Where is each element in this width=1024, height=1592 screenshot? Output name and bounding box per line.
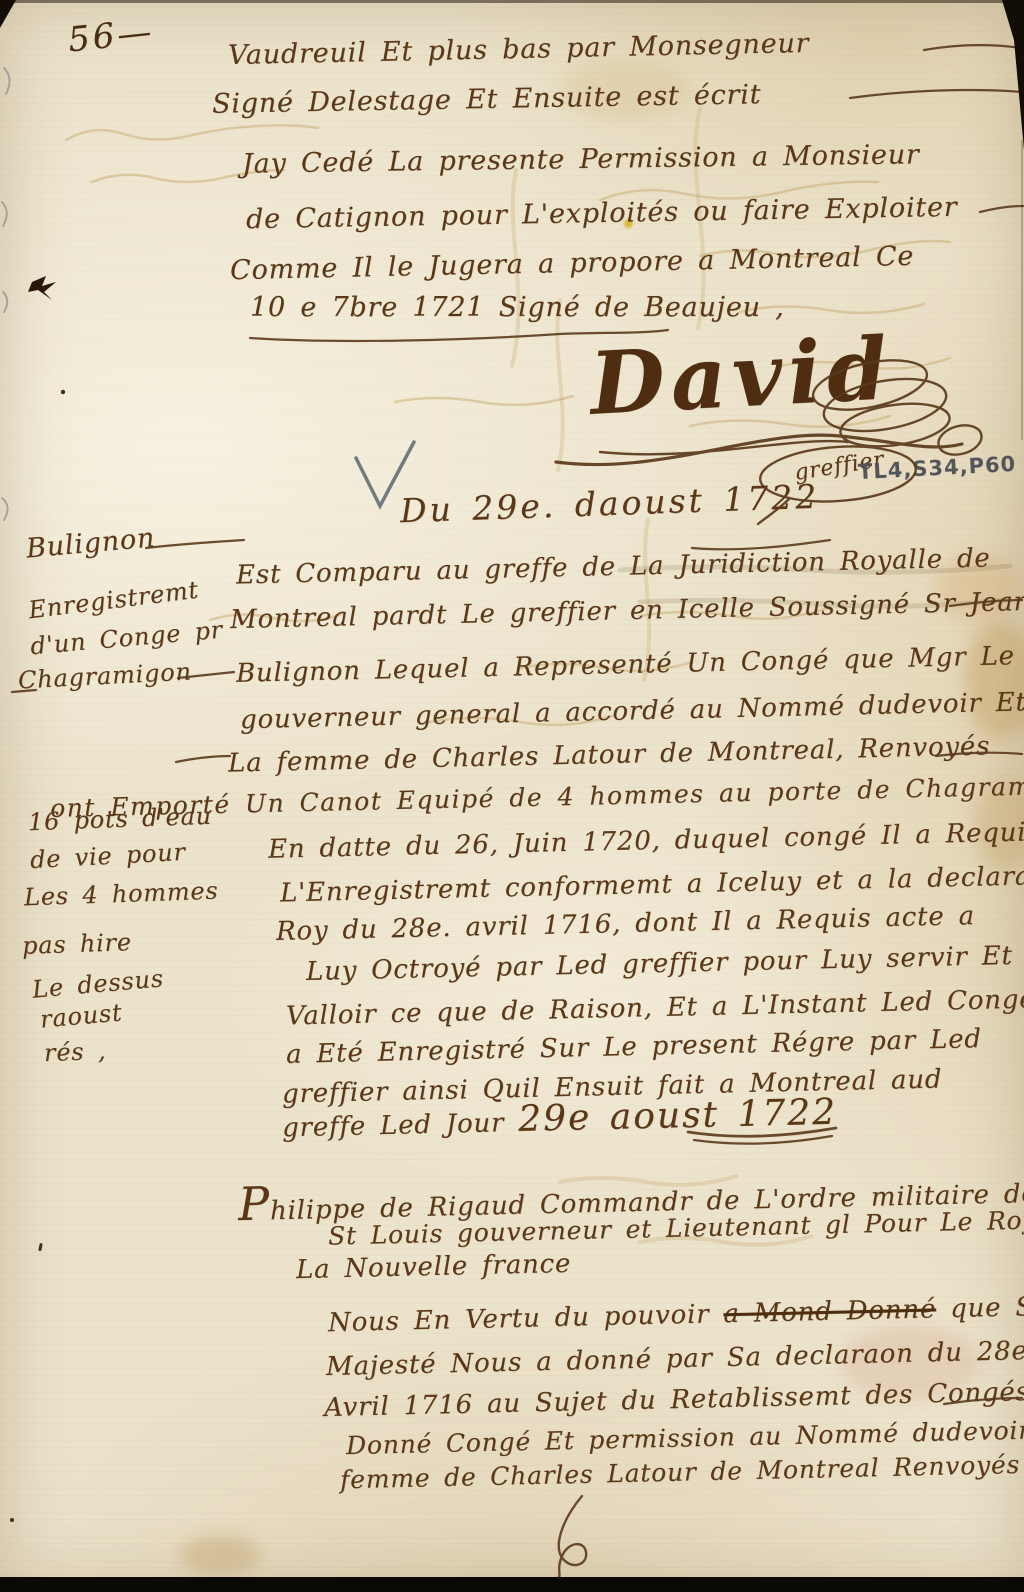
closing-line: Vaudreuil Et plus bas par Monsegneur	[228, 28, 810, 71]
scan-edge-top	[0, 0, 1024, 3]
act-body-line: Bulignon Lequel a Representé Un Congé qu…	[236, 641, 1015, 689]
closing-line: Signé Delestage Et Ensuite est écrit	[212, 79, 762, 120]
act-body-line: Valloir ce que de Raison, Et a L'Instant…	[286, 985, 1024, 1032]
margin-note: raoust	[39, 998, 124, 1033]
act-closing-date: 29e aoust 1722	[518, 1092, 838, 1140]
catchword-flourish	[558, 1496, 586, 1578]
margin-note: Chagramigon	[17, 657, 192, 694]
commission-line-with-strikethrough: Nous En Vertu du pouvoir a Mond Donné qu…	[328, 1292, 1024, 1338]
act-body-line: L'Enregistremt conformemt a Iceluy et a …	[280, 860, 1024, 909]
vertu-pre: Nous En Vertu du pouvoir	[328, 1299, 724, 1338]
margin-note: Le dessus	[31, 964, 165, 1003]
margin-note: Enregistremt	[27, 576, 200, 625]
act-body-line: En datte du 26, Juin 1720, duquel congé …	[268, 817, 1024, 865]
struck-out-words: a Mond Donné	[723, 1294, 936, 1329]
torn-edge-marks	[2, 68, 10, 520]
closing-date-line: 10 e 7bre 1721 Signé de Beaujeu ,	[250, 292, 785, 323]
closing-line: de Catignon pour L'exploités ou faire Ex…	[246, 192, 958, 235]
commission-line: La Nouvelle france	[296, 1249, 572, 1285]
act-body-line: Roy du 28e. avril 1716, dont Il a Requis…	[276, 901, 975, 947]
margin-note: de vie pour	[29, 838, 186, 874]
ink-speck	[10, 1518, 14, 1522]
ink-speck	[61, 390, 65, 394]
ink-speck	[38, 1243, 43, 1251]
ink-blot	[28, 276, 56, 300]
paper-stain	[965, 620, 1024, 740]
manuscript-page: 56— Vaudreuil Et plus bas par Monsegneur…	[0, 0, 1024, 1592]
page-number: 56—	[66, 12, 156, 61]
margin-note: Les 4 hommes	[24, 877, 219, 912]
act-body-line: Montreal pardt Le greffier en Icelle Sou…	[230, 587, 1024, 635]
margin-note: pas hire	[22, 928, 133, 960]
scan-edge-right	[1021, 140, 1023, 440]
margin-note: Bulignon	[25, 522, 156, 564]
closing-line: Comme Il le Jugera a propore a Montreal …	[230, 241, 915, 286]
scan-corner-top-left	[0, 0, 16, 28]
scan-edge-bottom	[0, 1577, 1024, 1592]
act-body-line: Est Comparu au greffe de La Juridiction …	[236, 543, 991, 590]
act-body-line: La femme de Charles Latour de Montreal, …	[228, 731, 991, 778]
commission-line: Avril 1716 au Sujet du Retablissemt des …	[324, 1375, 1024, 1423]
margin-note: 16 pots d'eau	[28, 802, 213, 836]
act-closing-pre: greffe Led Jour	[282, 1108, 519, 1143]
commission-line: Majesté Nous a donné par Sa declaraon du…	[326, 1336, 1024, 1382]
act-body-line: Luy Octroyé par Led greffier pour Luy se…	[306, 941, 1013, 987]
act-body-line: a Eté Enregistré Sur Le present Régre pa…	[286, 1024, 982, 1070]
act-body-line: gouverneur general a accordé au Nommé du…	[240, 687, 1024, 736]
paper-stain	[180, 1535, 260, 1575]
margin-note: rés ,	[44, 1037, 107, 1067]
vertu-post: que Sa	[936, 1292, 1024, 1325]
act-date-heading: Du 29e. daoust 1722	[399, 477, 819, 531]
closing-line: Jay Cedé La presente Permission a Monsie…	[242, 139, 920, 179]
scan-corner-top-right	[1002, 0, 1024, 150]
margin-note: d'un Conge pr	[29, 616, 224, 661]
greffier-signature: David	[588, 318, 896, 435]
